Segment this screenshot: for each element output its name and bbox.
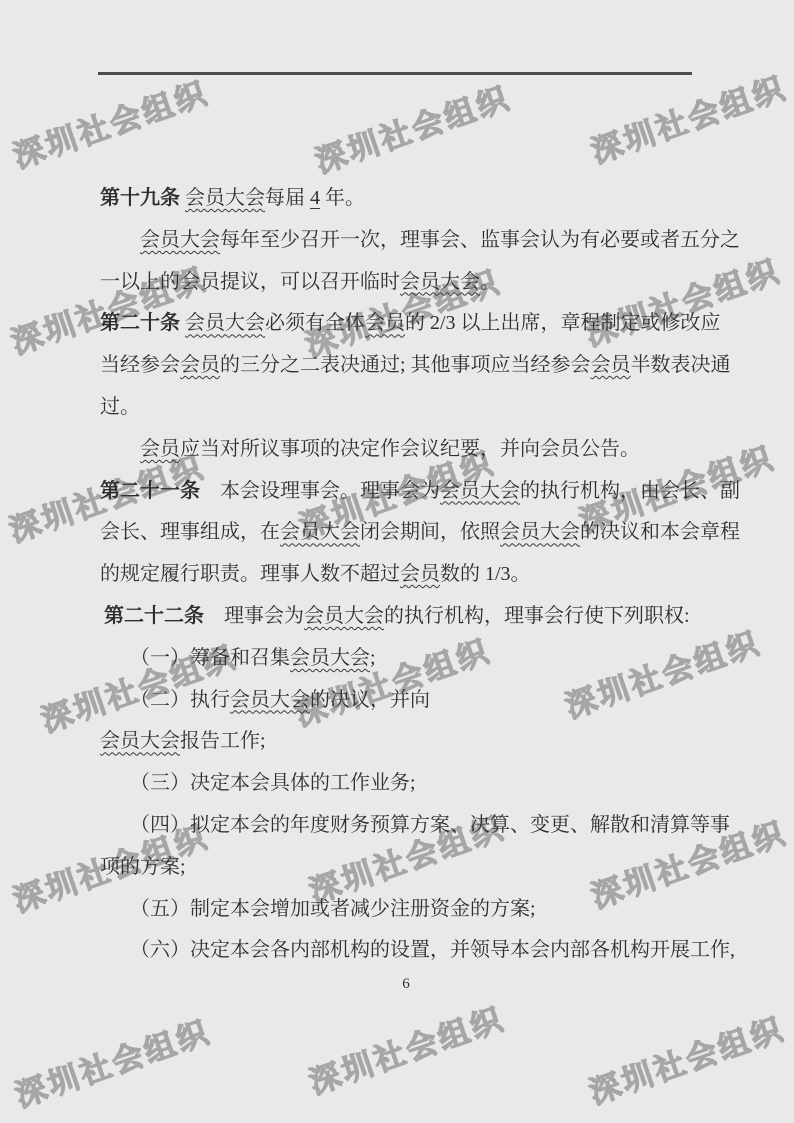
text-line: （四）拟定本会的年度财务预算方案、决算、变更、解散和清算等事 bbox=[100, 805, 716, 847]
text-run: 报告工作; bbox=[180, 730, 266, 752]
text-run: 一以上的会员提议，可以召开临时 bbox=[100, 271, 400, 293]
page-number: 6 bbox=[402, 976, 410, 992]
text-run: 每届 bbox=[265, 187, 310, 209]
text-line: 会员应当对所议事项的决定作会议纪要，并向会员公告。 bbox=[100, 429, 716, 471]
text-run: 的三分之二表决通过; 其他事项应当经参会 bbox=[220, 354, 591, 376]
text-run: 会员大会 bbox=[100, 730, 180, 752]
text-line: 第二十二条 理事会为会员大会的执行机构，理事会行使下列职权: bbox=[100, 596, 716, 638]
document-page: { "page": { "background_color": "#e9e9e9… bbox=[0, 0, 794, 1123]
text-run: 每年至少召开一次，理事会、监事会认为有必要或者五分之 bbox=[220, 229, 740, 251]
text-run: 会员 bbox=[591, 354, 631, 376]
text-run: 闭会期间，依照 bbox=[360, 521, 500, 543]
text-run: （五）制定本会增加或者减少注册资金的方案; bbox=[130, 898, 536, 920]
text-line: 的规定履行职责。理事人数不超过会员数的 1/3。 bbox=[100, 554, 716, 596]
text-run: 会员 bbox=[365, 312, 405, 334]
text-run: 会长、理事组成，在 bbox=[100, 521, 280, 543]
text-run: 会员大会 bbox=[500, 521, 580, 543]
text-line: （三）决定本会具体的工作业务; bbox=[100, 763, 716, 805]
text-line: 过。 bbox=[100, 387, 716, 429]
text-line: 第二十条 会员大会必须有全体会员的 2/3 以上出席，章程制定或修改应 bbox=[100, 303, 716, 345]
text-run: （三）决定本会具体的工作业务; bbox=[130, 772, 416, 794]
text-run: 项的方案; bbox=[100, 856, 186, 878]
text-run: 数的 1/3。 bbox=[440, 563, 531, 585]
text-line: 一以上的会员提议，可以召开临时会员大会。 bbox=[100, 262, 716, 304]
text-run: 的执行机构，由会长、副 bbox=[520, 480, 740, 502]
text-run: 的规定履行职责。理事人数不超过 bbox=[100, 563, 400, 585]
text-run: 第十九条 bbox=[100, 187, 185, 209]
text-run: 当经参会 bbox=[100, 354, 180, 376]
text-run: ; bbox=[370, 647, 376, 669]
watermark-text: 深圳社会组织 bbox=[6, 68, 214, 177]
text-run: 必须有全体 bbox=[265, 312, 365, 334]
text-line: （二）执行会员大会的决议，并向 bbox=[100, 680, 716, 722]
text-run: 4 bbox=[310, 187, 320, 209]
text-run: 理事会为 bbox=[204, 605, 304, 627]
text-line: 当经参会会员的三分之二表决通过; 其他事项应当经参会会员半数表决通 bbox=[100, 345, 716, 387]
watermark-text: 深圳社会组织 bbox=[582, 1004, 790, 1113]
page-background: 深圳社会组织深圳社会组织深圳社会组织深圳社会组织深圳社会组织深圳社会组织深圳社会… bbox=[0, 0, 794, 1123]
text-run: （一）筹备和召集 bbox=[130, 647, 290, 669]
text-run: 的决议和本会章程 bbox=[580, 521, 740, 543]
watermark-text: 深圳社会组织 bbox=[584, 63, 792, 172]
text-run: 半数表决通 bbox=[631, 354, 731, 376]
text-run: 会员大会 bbox=[400, 271, 480, 293]
text-run: 本会设理事会。理事会为 bbox=[200, 480, 440, 502]
watermark-text: 深圳社会组织 bbox=[308, 73, 516, 182]
text-run: 会员大会 bbox=[230, 689, 310, 711]
text-run: 第二十一条 bbox=[100, 480, 200, 502]
text-run: 会员大会 bbox=[140, 229, 220, 251]
text-run: 应当对所议事项的决定作会议纪要，并向会员公告。 bbox=[180, 438, 640, 460]
text-line: （六）决定本会各内部机构的设置，并领导本会内部各机构开展工作, bbox=[100, 930, 716, 972]
text-run: （二）执行 bbox=[130, 689, 230, 711]
text-line: 第二十一条 本会设理事会。理事会为会员大会的执行机构，由会长、副 bbox=[100, 471, 716, 513]
text-run: 第二十条 bbox=[100, 312, 185, 334]
text-run: 会员大会 bbox=[185, 312, 265, 334]
text-run: 会员 bbox=[140, 438, 180, 460]
text-run: 会员大会 bbox=[290, 647, 370, 669]
watermark-text: 深圳社会组织 bbox=[302, 994, 510, 1103]
text-run: 。 bbox=[480, 271, 500, 293]
text-run: 第二十二条 bbox=[104, 605, 204, 627]
watermark-text: 深圳社会组织 bbox=[8, 1007, 216, 1116]
page-footer: 6 bbox=[100, 976, 712, 993]
text-run: 会员大会 bbox=[185, 187, 265, 209]
text-run: （六）决定本会各内部机构的设置，并领导本会内部各机构开展工作, bbox=[130, 939, 735, 961]
text-line: 会长、理事组成，在会员大会闭会期间，依照会员大会的决议和本会章程 bbox=[100, 512, 716, 554]
header-rule bbox=[98, 72, 692, 75]
text-run: 的决议，并向 bbox=[310, 689, 430, 711]
text-line: 会员大会每年至少召开一次，理事会、监事会认为有必要或者五分之 bbox=[100, 220, 716, 262]
text-line: （五）制定本会增加或者减少注册资金的方案; bbox=[100, 889, 716, 931]
text-run: 的执行机构，理事会行使下列职权: bbox=[384, 605, 690, 627]
text-run: （四）拟定本会的年度财务预算方案、决算、变更、解散和清算等事 bbox=[130, 814, 730, 836]
text-run: 会员 bbox=[400, 563, 440, 585]
text-run: 会员大会 bbox=[440, 480, 520, 502]
text-run: 的 2/3 以上出席，章程制定或修改应 bbox=[405, 312, 721, 334]
text-run: 会员 bbox=[180, 354, 220, 376]
text-line: 第十九条 会员大会每届 4 年。 bbox=[100, 178, 716, 220]
text-run: 年。 bbox=[320, 187, 365, 209]
text-line: 会员大会报告工作; bbox=[100, 721, 716, 763]
text-run: 会员大会 bbox=[280, 521, 360, 543]
text-run: 过。 bbox=[100, 396, 140, 418]
document-body: 第十九条 会员大会每届 4 年。会员大会每年至少召开一次，理事会、监事会认为有必… bbox=[100, 178, 716, 972]
text-run: 会员大会 bbox=[304, 605, 384, 627]
text-line: 项的方案; bbox=[100, 847, 716, 889]
text-line: （一）筹备和召集会员大会; bbox=[100, 638, 716, 680]
